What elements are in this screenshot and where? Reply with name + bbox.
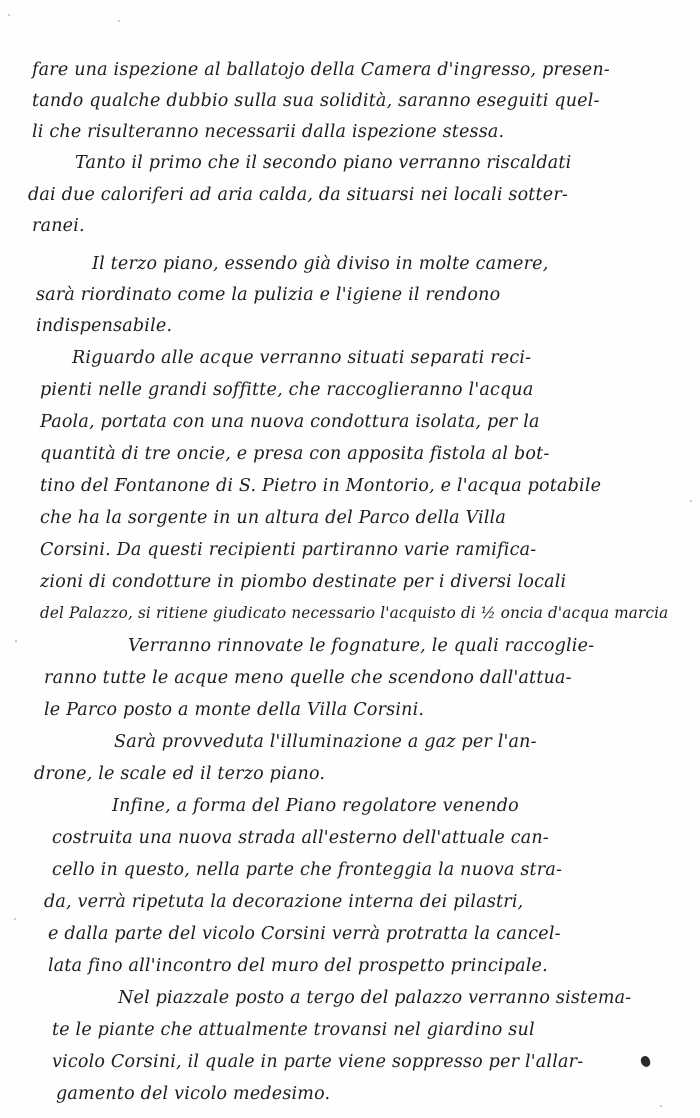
text-line: Tanto il primo che il secondo piano verr…	[75, 153, 571, 173]
manuscript-page: fare una ispezione al ballatojo della Ca…	[0, 0, 700, 1118]
text-line: indispensabile.	[36, 316, 172, 336]
text-line: ranno tutte le acque meno quelle che sce…	[44, 668, 572, 688]
paper-speck	[15, 640, 17, 642]
text-line: Infine, a forma del Piano regolatore ven…	[112, 796, 519, 816]
text-line: zioni di condotture in piombo destinate …	[40, 572, 566, 592]
text-line: che ha la sorgente in un altura del Parc…	[40, 508, 506, 528]
paper-speck	[8, 14, 10, 16]
text-line: fare una ispezione al ballatojo della Ca…	[32, 60, 610, 80]
text-line: lata fino all'incontro del muro del pros…	[48, 956, 548, 976]
ink-blot	[639, 1055, 651, 1068]
text-line: ranei.	[32, 216, 85, 236]
paper-speck	[14, 918, 16, 920]
text-line: del Palazzo, si ritiene giudicato necess…	[40, 604, 668, 622]
text-line: cello in questo, nella parte che fronteg…	[52, 860, 562, 880]
text-line: Paola, portata con una nuova condottura …	[40, 412, 540, 432]
paper-speck	[660, 1105, 662, 1107]
text-line: Corsini. Da questi recipienti partiranno…	[40, 540, 536, 560]
text-line: drone, le scale ed il terzo piano.	[34, 764, 325, 784]
text-line: Nel piazzale posto a tergo del palazzo v…	[118, 988, 631, 1008]
text-line: da, verrà ripetuta la decorazione intern…	[44, 892, 523, 912]
text-line: te le piante che attualmente trovansi ne…	[52, 1020, 535, 1040]
text-line: dai due caloriferi ad aria calda, da sit…	[28, 185, 568, 205]
text-line: Verranno rinnovate le fognature, le qual…	[128, 636, 594, 656]
text-line: tando qualche dubbio sulla sua solidità,…	[32, 91, 600, 111]
text-line: le Parco posto a monte della Villa Corsi…	[44, 700, 424, 720]
text-line: gamento del vicolo medesimo.	[56, 1084, 330, 1104]
text-line: tino del Fontanone di S. Pietro in Monto…	[40, 476, 601, 496]
paper-speck	[118, 20, 120, 22]
text-line: vicolo Corsini, il quale in parte viene …	[52, 1052, 583, 1072]
text-line: li che risulteranno necessarii dalla isp…	[32, 122, 504, 142]
text-line: e dalla parte del vicolo Corsini verrà p…	[48, 924, 561, 944]
text-line: Il terzo piano, essendo già diviso in mo…	[92, 254, 549, 274]
text-line: Riguardo alle acque verranno situati sep…	[72, 348, 531, 368]
text-line: sarà riordinato come la pulizia e l'igie…	[36, 285, 500, 305]
text-line: Sarà provveduta l'illuminazione a gaz pe…	[114, 732, 537, 752]
text-line: costruita una nuova strada all'esterno d…	[52, 828, 549, 848]
text-line: pienti nelle grandi soffitte, che raccog…	[40, 380, 533, 400]
paper-speck	[690, 500, 692, 502]
text-line: quantità di tre oncie, e presa con appos…	[40, 444, 549, 464]
